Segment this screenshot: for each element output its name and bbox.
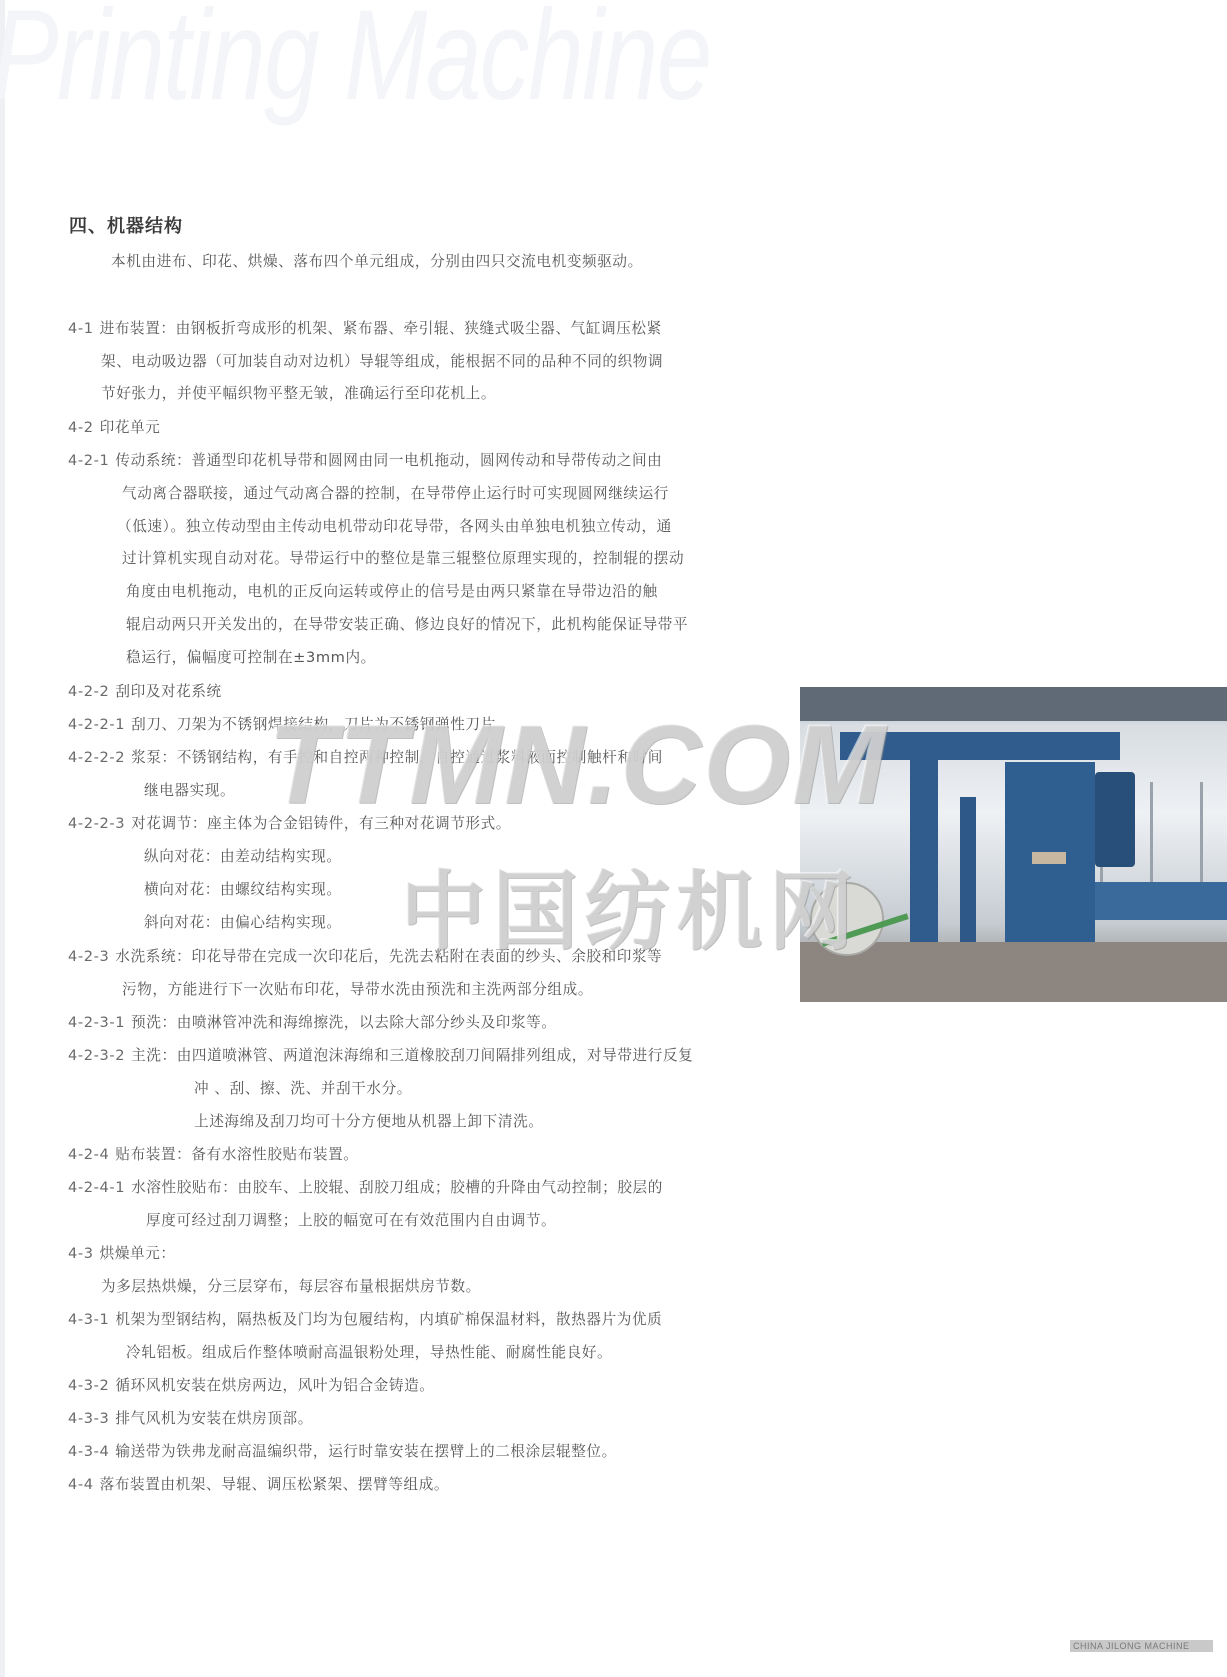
item-text-cont: 过计算机实现自动对花。导带运行中的整位是靠三辊整位原理实现的，控制辊的摆动 <box>122 547 684 568</box>
item-text-cont: 纵向对花：由差动结构实现。 <box>144 845 342 866</box>
item-number: 4-4 <box>68 1476 94 1493</box>
item-4-3: 4-3烘燥单元： <box>68 1242 176 1263</box>
item-number: 4-3-3 <box>68 1410 109 1427</box>
item-text: 主洗：由四道喷淋管、两道泡沫海绵和三道橡胶刮刀间隔排列组成，对导带进行反复 <box>131 1047 693 1064</box>
item-text-cont: （低速）。独立传动型由主传动电机带动印花导带，各网头由单独电机独立传动，通 <box>117 515 672 536</box>
item-4-2-4: 4-2-4贴布装置：备有水溶性胶贴布装置。 <box>68 1143 359 1164</box>
item-number: 4-2-3-2 <box>68 1047 125 1064</box>
item-text-cont: 节好张力，并使平幅织物平整无皱，准确运行至印花机上。 <box>101 382 496 403</box>
item-number: 4-3 <box>68 1245 94 1262</box>
item-text: 落布装置由机架、导辊、调压松紧架、摆臂等组成。 <box>100 1476 449 1493</box>
item-text: 水溶性胶贴布：由胶车、上胶辊、刮胶刀组成；胶槽的升降由气动控制；胶层的 <box>131 1179 663 1196</box>
item-text-cont: 厚度可经过刮刀调整；上胶的幅宽可在有效范围内自由调节。 <box>146 1209 556 1230</box>
item-number: 4-2-2-1 <box>68 716 125 733</box>
item-4-2-2-1: 4-2-2-1刮刀、刀架为不锈钢焊接结构，刀片为不锈钢弹性刀片 <box>68 713 496 734</box>
page-edge-shadow <box>0 0 5 1677</box>
item-4-3-2: 4-3-2循环风机安装在烘房两边，风叶为铝合金铸造。 <box>68 1374 434 1395</box>
item-4-1: 4-1进布装置：由钢板折弯成形的机架、紧布器、牵引辊、狭缝式吸尘器、气缸调压松紧 <box>68 317 662 338</box>
item-4-3-3: 4-3-3排气风机为安装在烘房顶部。 <box>68 1407 313 1428</box>
item-text: 排气风机为安装在烘房顶部。 <box>115 1410 313 1427</box>
background-title: Printing Machine <box>0 0 711 129</box>
item-text-cont: 冲 、刮、擦、洗、并刮干水分。 <box>194 1077 412 1098</box>
item-4-3-1: 4-3-1机架为型钢结构，隔热板及门均为包履结构，内填矿棉保温材料，散热器片为优… <box>68 1308 662 1329</box>
item-text-cont: 架、电动吸边器（可加装自动对边机）导辊等组成，能根据不同的品种不同的织物调 <box>101 350 663 371</box>
item-4-2-3: 4-2-3水洗系统：印花导带在完成一次印花后，先洗去粘附在表面的纱头、余胶和印浆… <box>68 945 662 966</box>
machine-photo <box>800 687 1227 1002</box>
item-text: 烘燥单元： <box>100 1245 176 1262</box>
item-text-cont: 角度由电机拖动，电机的正反向运转或停止的信号是由两只紧靠在导带边沿的触 <box>126 580 658 601</box>
footer-brand-label: CHINA JILONG MACHINE <box>1070 1640 1213 1652</box>
item-text: 刮刀、刀架为不锈钢焊接结构，刀片为不锈钢弹性刀片 <box>131 716 496 733</box>
item-number: 4-2-2-2 <box>68 749 125 766</box>
item-text-cont: 稳运行，偏幅度可控制在±3mm内。 <box>126 646 376 667</box>
section-intro: 本机由进布、印花、烘燥、落布四个单元组成，分别由四只交流电机变频驱动。 <box>111 250 643 271</box>
item-text-cont: 斜向对花：由偏心结构实现。 <box>144 911 342 932</box>
item-number: 4-2-1 <box>68 452 109 469</box>
item-number: 4-1 <box>68 320 94 337</box>
item-text: 循环风机安装在烘房两边，风叶为铝合金铸造。 <box>115 1377 434 1394</box>
item-text-cont: 冷轧铝板。组成后作整体喷耐高温银粉处理，导热性能、耐腐性能良好。 <box>126 1341 612 1362</box>
item-number: 4-2-4 <box>68 1146 109 1163</box>
item-number: 4-2-2-3 <box>68 815 125 832</box>
item-text: 浆泵：不锈钢结构，有手控和自控两种控制，自控通过浆料液面控制触杆和时间 <box>131 749 663 766</box>
item-number: 4-2 <box>68 419 94 436</box>
item-4-2-3-2: 4-2-3-2主洗：由四道喷淋管、两道泡沫海绵和三道橡胶刮刀间隔排列组成，对导带… <box>68 1044 693 1065</box>
item-text-cont: 气动离合器联接，通过气动离合器的控制，在导带停止运行时可实现圆网继续运行 <box>122 482 669 503</box>
item-4-2-3-1: 4-2-3-1预洗：由喷淋管冲洗和海绵擦洗，以去除大部分纱头及印浆等。 <box>68 1011 557 1032</box>
item-text: 对花调节：座主体为合金铝铸件，有三种对花调节形式。 <box>131 815 511 832</box>
item-4-4: 4-4落布装置由机架、导辊、调压松紧架、摆臂等组成。 <box>68 1473 449 1494</box>
item-text: 机架为型钢结构，隔热板及门均为包履结构，内填矿棉保温材料，散热器片为优质 <box>115 1311 662 1328</box>
item-number: 4-2-2 <box>68 683 109 700</box>
item-text: 水洗系统：印花导带在完成一次印花后，先洗去粘附在表面的纱头、余胶和印浆等 <box>115 948 662 965</box>
item-text: 预洗：由喷淋管冲洗和海绵擦洗，以去除大部分纱头及印浆等。 <box>131 1014 556 1031</box>
item-number: 4-2-3 <box>68 948 109 965</box>
item-4-2-2-2: 4-2-2-2浆泵：不锈钢结构，有手控和自控两种控制，自控通过浆料液面控制触杆和… <box>68 746 663 767</box>
item-text: 贴布装置：备有水溶性胶贴布装置。 <box>115 1146 358 1163</box>
item-number: 4-3-2 <box>68 1377 109 1394</box>
item-4-3-4: 4-3-4输送带为铁弗龙耐高温编织带，运行时靠安装在摆臂上的二根涂层辊整位。 <box>68 1440 617 1461</box>
item-4-2-2: 4-2-2刮印及对花系统 <box>68 680 222 701</box>
item-4-2: 4-2印花单元 <box>68 416 160 437</box>
item-number: 4-2-3-1 <box>68 1014 125 1031</box>
item-text: 刮印及对花系统 <box>115 683 221 700</box>
section-title: 四、机器结构 <box>69 212 183 238</box>
item-text: 印花单元 <box>100 419 161 436</box>
item-4-2-1: 4-2-1传动系统：普通型印花机导带和圆网由同一电机拖动，圆网传动和导带传动之间… <box>68 449 662 470</box>
item-number: 4-2-4-1 <box>68 1179 125 1196</box>
item-4-2-4-1: 4-2-4-1水溶性胶贴布：由胶车、上胶辊、刮胶刀组成；胶槽的升降由气动控制；胶… <box>68 1176 663 1197</box>
item-text-cont: 上述海绵及刮刀均可十分方便地从机器上卸下清洗。 <box>194 1110 543 1131</box>
item-text: 传动系统：普通型印花机导带和圆网由同一电机拖动，圆网传动和导带传动之间由 <box>115 452 662 469</box>
item-number: 4-3-4 <box>68 1443 109 1460</box>
item-text: 进布装置：由钢板折弯成形的机架、紧布器、牵引辊、狭缝式吸尘器、气缸调压松紧 <box>100 320 662 337</box>
item-number: 4-3-1 <box>68 1311 109 1328</box>
item-text: 输送带为铁弗龙耐高温编织带，运行时靠安装在摆臂上的二根涂层辊整位。 <box>115 1443 616 1460</box>
item-4-2-2-3: 4-2-2-3对花调节：座主体为合金铝铸件，有三种对花调节形式。 <box>68 812 511 833</box>
item-text-cont: 继电器实现。 <box>144 779 235 800</box>
item-text-cont: 污物，方能进行下一次贴布印花，导带水洗由预洗和主洗两部分组成。 <box>122 978 593 999</box>
item-text-cont: 横向对花：由螺纹结构实现。 <box>144 878 342 899</box>
item-text-cont: 辊启动两只开关发出的，在导带安装正确、修边良好的情况下，此机构能保证导带平 <box>126 613 688 634</box>
item-text-cont: 为多层热烘燥，分三层穿布，每层容布量根据烘房节数。 <box>101 1275 481 1296</box>
